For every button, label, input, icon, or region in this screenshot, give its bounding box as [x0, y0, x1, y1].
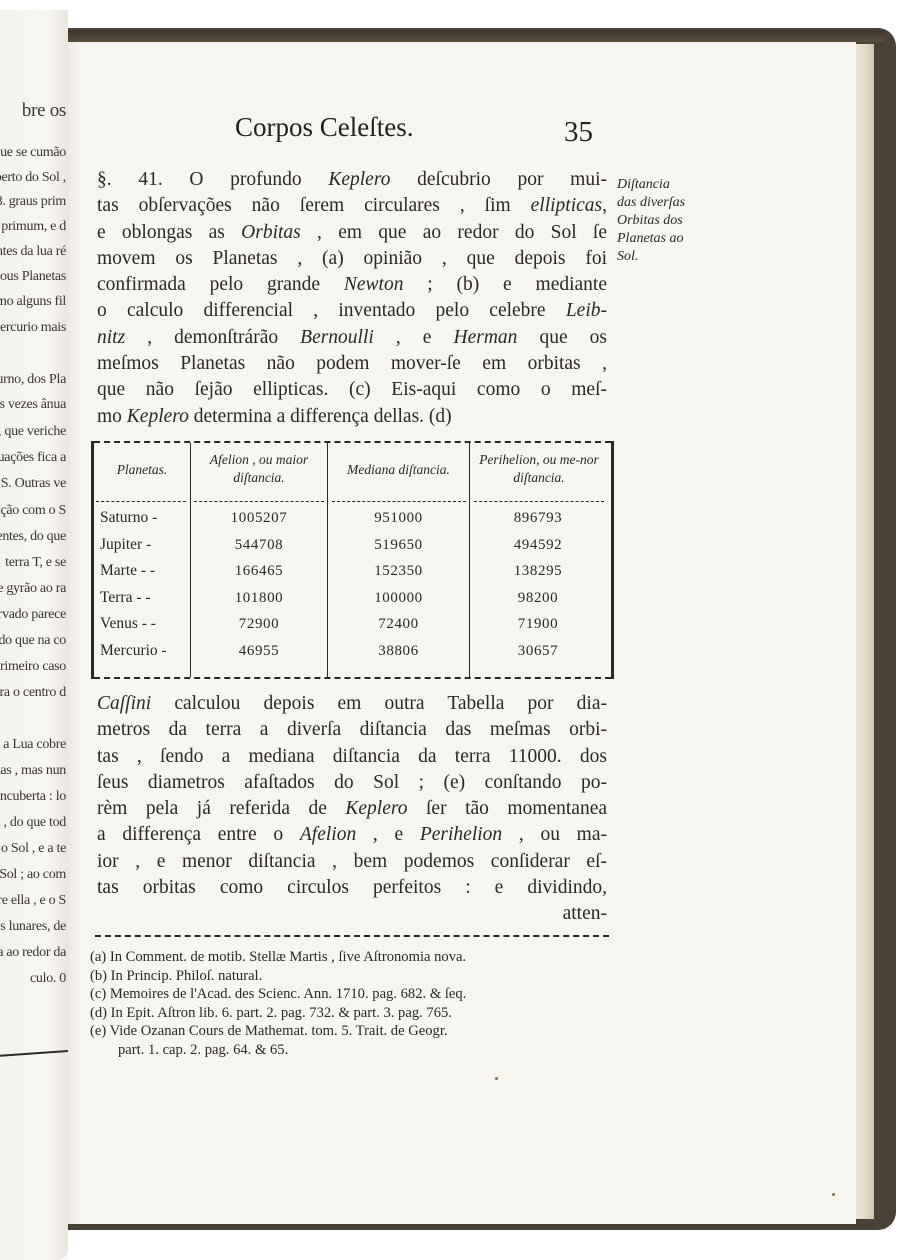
col-header-perihelion: Perihelion, ou me-nor diſtancia. — [472, 451, 606, 487]
left-page-line: , do que na co — [0, 633, 66, 649]
left-page-line: stes dous Planetas — [0, 269, 66, 285]
col-header-mediana: Mediana diſtancia. — [328, 461, 469, 479]
left-page-line: e a Lua cobre — [0, 737, 66, 753]
italic-term: Keplero — [345, 798, 407, 819]
text-line: tas orbitas como circulos perfeitos : e … — [97, 875, 607, 901]
cell-planet-name: Venus - - — [100, 615, 156, 633]
left-page-line: as vezes ânua — [0, 397, 66, 413]
italic-term: Herman — [454, 327, 518, 348]
left-page-fragment: bre os', que se cumãoão perto do Sol ,e … — [0, 10, 68, 1260]
text-run: confirmada pelo grande — [97, 274, 344, 295]
header-rule — [332, 501, 466, 502]
text-line: confirmada pelo grande Newton ; (b) e me… — [97, 272, 607, 298]
marginal-note-line: Planetas ao — [617, 230, 717, 248]
footnote-rule — [95, 935, 609, 937]
text-line: a differença entre o Afelion , e Perihel… — [97, 822, 607, 848]
text-run: tas orbitas como circulos perfeitos : e … — [97, 877, 607, 898]
italic-term: ellipticas — [531, 195, 603, 216]
italic-term: Caſſini — [97, 693, 151, 714]
left-page-line: , Mercurio mais — [0, 320, 66, 336]
text-line: rèm pela já referida de Keplero ſer tão … — [97, 796, 607, 822]
italic-term: Perihelion — [420, 824, 502, 845]
text-run: , e — [356, 824, 420, 845]
header-rule — [96, 501, 186, 502]
left-page-rule — [0, 1049, 68, 1057]
footnote: part. 1. cap. 2. pag. 64. & 65. — [90, 1041, 620, 1060]
left-page-line: netas , mas nun — [0, 763, 66, 779]
italic-term: Bernoulli — [300, 327, 374, 348]
left-page-line: culo. 0 — [30, 971, 66, 987]
footnote: (a) In Comment. de motib. Stellæ Martis … — [90, 948, 620, 967]
book-top-edge — [66, 30, 886, 42]
text-line: ior , e menor diſtancia , bem podemos co… — [97, 849, 607, 875]
footnote: (d) In Epit. Aſtron lib. 6. part. 2. pag… — [90, 1004, 620, 1023]
left-page-line: l S. Outras ve — [0, 476, 66, 492]
left-page-line: situações fica a — [0, 450, 66, 466]
text-run: , demonſtrárão — [125, 327, 300, 348]
text-run: ſeus diametros afaſtados do Sol ; (e) co… — [97, 772, 607, 793]
text-run: , — [602, 195, 607, 216]
left-page-line: Lua ao redor da — [0, 945, 66, 961]
text-run: metros da terra a diverſa diſtancia das … — [97, 719, 607, 740]
marginal-note: Diſtanciadas diverſasOrbitas dosPlanetas… — [617, 176, 717, 266]
left-page-line: servado parece — [0, 607, 66, 623]
cell-perihelion: 494592 — [470, 537, 606, 554]
cell-perihelion: 896793 — [470, 510, 606, 527]
text-run: determina a differença dellas. (d) — [189, 406, 452, 427]
left-page-line: ão perto do Sol , — [0, 170, 66, 186]
text-run: deſcubrio por mui- — [390, 169, 607, 190]
text-line: §. 41. O profundo Keplero deſcubrio por … — [97, 167, 607, 193]
left-page-line: ses lunares, de — [0, 919, 66, 935]
running-head: Corpos Celeſtes. — [235, 112, 413, 143]
col-header-afelion: Afelion , ou maior diſtancia. — [191, 451, 327, 487]
left-page-line: , como alguns fil — [0, 294, 66, 310]
cell-afelion: 166465 — [191, 563, 327, 580]
italic-term: Newton — [344, 274, 404, 295]
text-run: , ou ma- — [502, 824, 607, 845]
header-rule — [194, 501, 324, 502]
text-line: movem os Planetas , (a) opinião , que de… — [97, 246, 607, 272]
page-number: 35 — [564, 116, 593, 149]
text-run: meſmos Planetas não podem mover-ſe em or… — [97, 353, 607, 374]
cell-mediana: 72400 — [328, 616, 469, 633]
text-line: mo Keplero determina a differença dellas… — [97, 404, 607, 430]
planet-distance-table: Planetas. Afelion , ou maior diſtancia. … — [91, 441, 614, 679]
text-run: e oblongas as — [97, 222, 241, 243]
cell-perihelion: 30657 — [470, 643, 606, 660]
marginal-note-line: das diverſas — [617, 194, 717, 212]
text-line: que não ſejão ellipticas. (c) Eis-aqui c… — [97, 377, 607, 403]
text-run: rèm pela já referida de — [97, 798, 345, 819]
left-page-line: guantes da lua ré — [0, 244, 66, 260]
cell-mediana: 951000 — [328, 510, 469, 527]
cell-perihelion: 98200 — [470, 590, 606, 607]
footnote: (b) In Princip. Philoſ. natural. — [90, 967, 620, 986]
cell-mediana: 100000 — [328, 590, 469, 607]
text-run: , em que ao redor do Sol ſe — [301, 222, 607, 243]
col-header-planetas: Planetas. — [94, 461, 190, 479]
text-line: Caſſini calculou depois em outra Tabella… — [97, 691, 607, 717]
italic-term: Leib- — [566, 300, 607, 321]
text-run: que não ſejão ellipticas. (c) Eis-aqui c… — [97, 379, 607, 400]
left-page-line: nção com o S — [0, 503, 66, 519]
italic-term: nitz — [97, 327, 125, 348]
left-page-line: ', que se cumão — [0, 145, 66, 161]
cell-planet-name: Mercurio - — [100, 642, 167, 660]
left-page-line: este primum, e d — [0, 219, 66, 235]
header-rule — [474, 501, 604, 502]
text-run: tas , ſendo a mediana diſtancia da terra… — [97, 746, 607, 767]
footnote: (e) Vide Ozanan Cours de Mathemat. tom. … — [90, 1022, 620, 1041]
text-line: tas , ſendo a mediana diſtancia da terra… — [97, 744, 607, 770]
left-page-line: rra o centro d — [0, 685, 66, 701]
table-top-rule — [94, 441, 611, 443]
cell-afelion: 101800 — [191, 590, 327, 607]
paragraph-cassini: Caſſini calculou depois em outra Tabella… — [97, 691, 607, 928]
left-page-line: entes, do que — [0, 529, 66, 545]
cell-afelion: 72900 — [191, 616, 327, 633]
cell-planet-name: Saturno - — [100, 509, 157, 527]
text-run: movem os Planetas , (a) opinião , que de… — [97, 248, 607, 269]
cell-afelion: 46955 — [191, 643, 327, 660]
cell-afelion: 544708 — [191, 537, 327, 554]
marginal-note-line: Orbitas dos — [617, 212, 717, 230]
text-line: nitz , demonſtrárão Bernoulli , e Herman… — [97, 325, 607, 351]
text-run: tas obſervações não ſerem circulares , ſ… — [97, 195, 531, 216]
text-line: meſmos Planetas não podem mover-ſe em or… — [97, 351, 607, 377]
cell-mediana: 38806 — [328, 643, 469, 660]
text-run: , e — [374, 327, 454, 348]
text-run: §. 41. O profundo — [97, 169, 328, 190]
italic-term: Afelion — [300, 824, 356, 845]
text-run: a differença entre o — [97, 824, 300, 845]
text-run: ſer tão momentanea — [408, 798, 608, 819]
left-page-line: o, que veriche — [0, 424, 66, 440]
paper-speck — [495, 1077, 498, 1080]
table-bottom-rule — [94, 677, 611, 679]
left-page-line: bre os — [22, 100, 66, 122]
left-page-line: re ella , e o S — [0, 893, 66, 909]
left-page-line: e 28. graus prim — [0, 194, 66, 210]
column-divider — [469, 443, 470, 677]
cell-perihelion: 138295 — [470, 563, 606, 580]
text-line: e oblongas as Orbitas , em que ao redor … — [97, 220, 607, 246]
paper-speck — [832, 1193, 835, 1196]
left-page-line: e gyrão ao ra — [0, 581, 66, 597]
text-line: o calculo differencial , inventado pelo … — [97, 298, 607, 324]
footnote: (c) Memoires de l'Acad. des Scienc. Ann.… — [90, 985, 620, 1004]
left-page-line: s encuberta : lo — [0, 789, 66, 805]
cell-planet-name: Terra - - — [100, 589, 151, 607]
left-page-line: a , do que tod — [0, 815, 66, 831]
text-run: ior , e menor diſtancia , bem podemos co… — [97, 851, 607, 872]
left-page-line: e o Sol , e a te — [0, 841, 66, 857]
footnotes: (a) In Comment. de motib. Stellæ Martis … — [90, 948, 620, 1060]
marginal-note-line: Sol. — [617, 248, 717, 266]
catchword: atten- — [97, 901, 607, 927]
italic-term: Keplero — [127, 406, 189, 427]
text-run: calculou depois em outra Tabella por dia… — [151, 693, 607, 714]
left-page-line: terra T, e se — [5, 555, 66, 571]
text-line: tas obſervações não ſerem circulares , ſ… — [97, 193, 607, 219]
cell-afelion: 1005207 — [191, 510, 327, 527]
italic-term: Keplero — [328, 169, 390, 190]
left-page-line: Saturno, dos Pla — [0, 372, 66, 388]
text-line: ſeus diametros afaſtados do Sol ; (e) co… — [97, 770, 607, 796]
marginal-note-line: Diſtancia — [617, 176, 717, 194]
left-page-line: o Sol ; ao com — [0, 867, 66, 883]
text-run: que os — [517, 327, 607, 348]
left-page-line: primeiro caso — [0, 659, 66, 675]
italic-term: Orbitas — [241, 222, 301, 243]
text-line: metros da terra a diverſa diſtancia das … — [97, 717, 607, 743]
text-run: o calculo differencial , inventado pelo … — [97, 300, 566, 321]
cell-perihelion: 71900 — [470, 616, 606, 633]
paragraph-41: §. 41. O profundo Keplero deſcubrio por … — [97, 167, 607, 430]
cell-mediana: 519650 — [328, 537, 469, 554]
text-run: ; (b) e mediante — [403, 274, 607, 295]
cell-planet-name: Jupiter - — [100, 536, 151, 554]
cell-planet-name: Marte - - — [100, 562, 155, 580]
text-run: mo — [97, 406, 127, 427]
cell-mediana: 152350 — [328, 563, 469, 580]
